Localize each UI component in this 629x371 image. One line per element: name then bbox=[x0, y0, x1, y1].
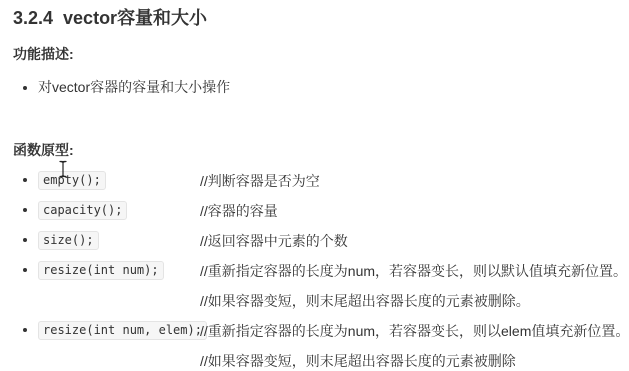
resize-num-comment-line1: //重新指定容器的长度为num，若容器变长，则以默认值填充新位置。 bbox=[200, 256, 627, 286]
empty-code-span: empty(); bbox=[38, 171, 106, 191]
code-cell: resize(int num); bbox=[38, 261, 198, 281]
function-prototype-label: 函数原型: bbox=[13, 142, 619, 160]
description-list: 对vector容器的容量和大小操作 bbox=[13, 77, 619, 97]
functional-description-label: 功能描述: bbox=[13, 46, 619, 64]
function-item-resize-num-elem: resize(int num, elem); //重新指定容器的长度为num，若… bbox=[38, 316, 619, 371]
function-item-capacity: capacity(); //容器的容量 bbox=[38, 196, 619, 226]
capacity-code-span: capacity(); bbox=[38, 201, 127, 221]
document-root: 3.2.4 vector容量和大小 功能描述: 对vector容器的容量和大小操… bbox=[0, 0, 629, 371]
code-cell: resize(int num, elem); bbox=[38, 321, 198, 341]
description-item: 对vector容器的容量和大小操作 bbox=[38, 77, 619, 97]
resize-num-elem-code-span: resize(int num, elem); bbox=[38, 321, 207, 341]
resize-num-elem-comment-line1: //重新指定容器的长度为num，若容器变长，则以elem值填充新位置。 bbox=[200, 316, 629, 346]
resize-num-code-span: resize(int num); bbox=[38, 261, 164, 281]
resize-num-elem-comment-line2: //如果容器变短，则末尾超出容器长度的元素被删除 bbox=[200, 353, 516, 369]
code-cell: capacity(); bbox=[38, 201, 198, 221]
function-item-size: size(); //返回容器中元素的个数 bbox=[38, 226, 619, 256]
size-code-span: size(); bbox=[38, 231, 99, 251]
empty-comment: //判断容器是否为空 bbox=[200, 166, 320, 196]
page-title: 3.2.4 vector容量和大小 bbox=[13, 8, 619, 30]
size-comment: //返回容器中元素的个数 bbox=[200, 226, 348, 256]
resize-num-comment-line2: //如果容器变短，则末尾超出容器长度的元素被删除。 bbox=[200, 293, 530, 309]
code-cell: size(); bbox=[38, 231, 198, 251]
function-item-resize-num: resize(int num); //重新指定容器的长度为num，若容器变长，则… bbox=[38, 256, 619, 316]
function-item-empty: empty(); //判断容器是否为空 bbox=[38, 166, 619, 196]
function-list: empty(); //判断容器是否为空 capacity(); //容器的容量 … bbox=[13, 166, 619, 371]
capacity-comment: //容器的容量 bbox=[200, 196, 278, 226]
code-cell: empty(); bbox=[38, 171, 198, 191]
